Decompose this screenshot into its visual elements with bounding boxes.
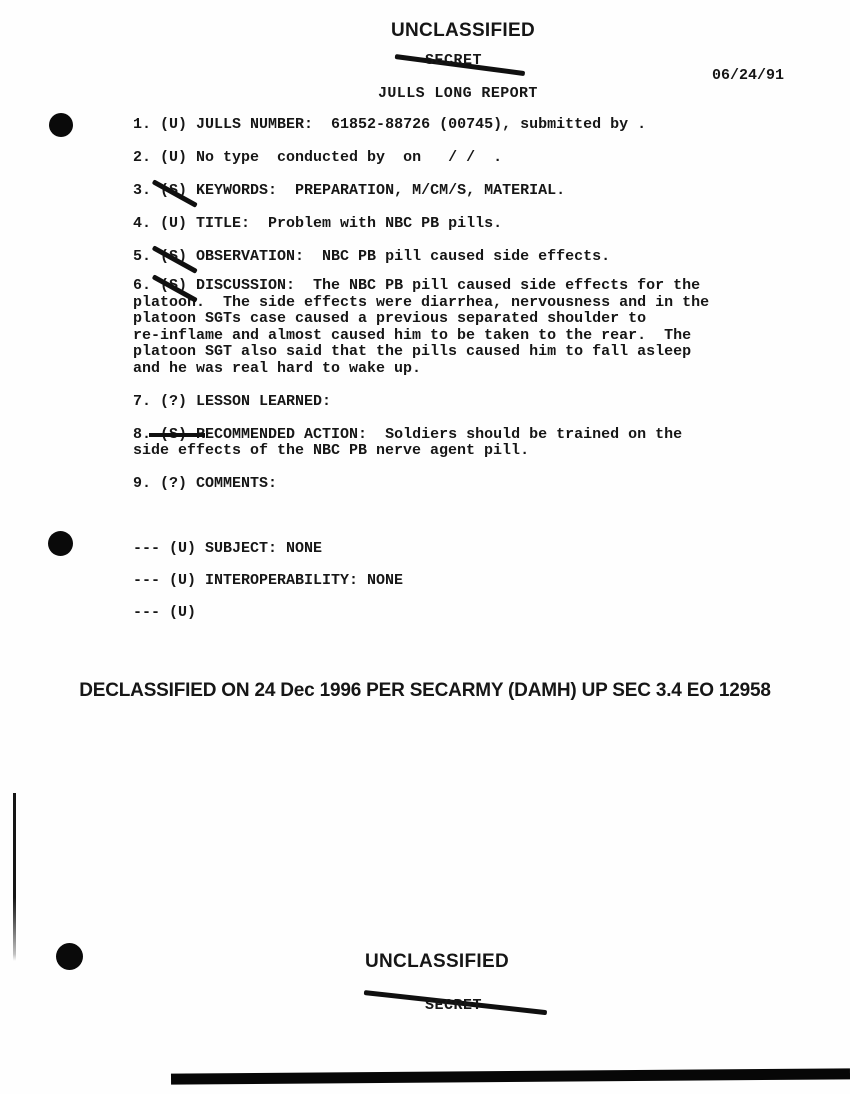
classification-marker: (?) <box>160 394 187 411</box>
hole-punch-mark <box>48 531 73 556</box>
report-paragraph: 7. (?) LESSON LEARNED: <box>133 394 783 411</box>
top-classification-banner: UNCLASSIFIED <box>391 20 535 42</box>
secret-label-struck: SECRET <box>425 997 482 1014</box>
bottom-classification-banner: UNCLASSIFIED <box>365 951 509 973</box>
hole-punch-mark <box>56 943 83 970</box>
item-number: 1. <box>133 116 160 133</box>
hole-punch-mark <box>49 113 73 137</box>
item-text: OBSERVATION: NBC PB pill caused side eff… <box>187 248 610 265</box>
item-text: LESSON LEARNED: <box>187 393 331 410</box>
report-paragraph: 5. (S) OBSERVATION: NBC PB pill caused s… <box>133 249 783 266</box>
report-dash-item: --- (U) SUBJECT: NONE <box>133 541 403 558</box>
item-text: JULLS NUMBER: 61852-88726 (00745), submi… <box>187 116 646 133</box>
item-text: COMMENTS: <box>187 475 277 492</box>
scan-bottom-bar <box>171 1068 850 1084</box>
report-paragraph: 6. (S) DISCUSSION: The NBC PB pill cause… <box>133 278 783 377</box>
report-paragraph: 9. (?) COMMENTS: <box>133 476 783 493</box>
report-dash-item: --- (U) INTEROPERABILITY: NONE <box>133 573 403 590</box>
bottom-secret-struck-marking: SECRET <box>364 988 548 1016</box>
report-body: 1. (U) JULLS NUMBER: 61852-88726 (00745)… <box>133 117 783 509</box>
report-paragraph: 4. (U) TITLE: Problem with NBC PB pills. <box>133 216 783 233</box>
classification-marker-struck: (S) <box>160 249 187 266</box>
report-date: 06/24/91 <box>712 67 784 84</box>
item-text: TITLE: Problem with NBC PB pills. <box>187 215 502 232</box>
classification-marker: (U) <box>160 117 187 134</box>
scanned-document-page: UNCLASSIFIED SECRET 06/24/91 JULLS LONG … <box>0 0 850 1094</box>
classification-marker: (U) <box>160 216 187 233</box>
top-secret-struck-marking: SECRET <box>395 50 525 76</box>
item-text: KEYWORDS: PREPARATION, M/CM/S, MATERIAL. <box>187 182 565 199</box>
report-dash-block: --- (U) SUBJECT: NONE--- (U) INTEROPERAB… <box>133 541 403 637</box>
classification-marker: (?) <box>160 476 187 493</box>
report-paragraph: 3. (S) KEYWORDS: PREPARATION, M/CM/S, MA… <box>133 183 783 200</box>
report-dash-item: --- (U) <box>133 605 403 622</box>
item-number: 7. <box>133 393 160 410</box>
classification-marker-struck: (S) <box>160 183 187 200</box>
report-paragraph: 2. (U) No type conducted by on / / . <box>133 150 783 167</box>
declassification-notice: DECLASSIFIED ON 24 Dec 1996 PER SECARMY … <box>0 680 850 702</box>
item-text: No type conducted by on / / . <box>187 149 502 166</box>
item-number: 2. <box>133 149 160 166</box>
report-paragraph: 1. (U) JULLS NUMBER: 61852-88726 (00745)… <box>133 117 783 134</box>
classification-marker-struck: (S) <box>160 278 187 295</box>
secret-label-struck: SECRET <box>425 52 482 69</box>
item-number: 9. <box>133 475 160 492</box>
classification-marker: (U) <box>160 150 187 167</box>
classification-marker-struck: (S) <box>160 427 187 444</box>
scan-edge-line <box>13 793 16 961</box>
item-text: RECOMMENDED ACTION: Soldiers should be t… <box>133 426 682 460</box>
report-paragraph: 8. (S) RECOMMENDED ACTION: Soldiers shou… <box>133 427 783 460</box>
item-number: 4. <box>133 215 160 232</box>
report-title: JULLS LONG REPORT <box>378 85 538 102</box>
item-text: DISCUSSION: The NBC PB pill caused side … <box>133 277 709 377</box>
